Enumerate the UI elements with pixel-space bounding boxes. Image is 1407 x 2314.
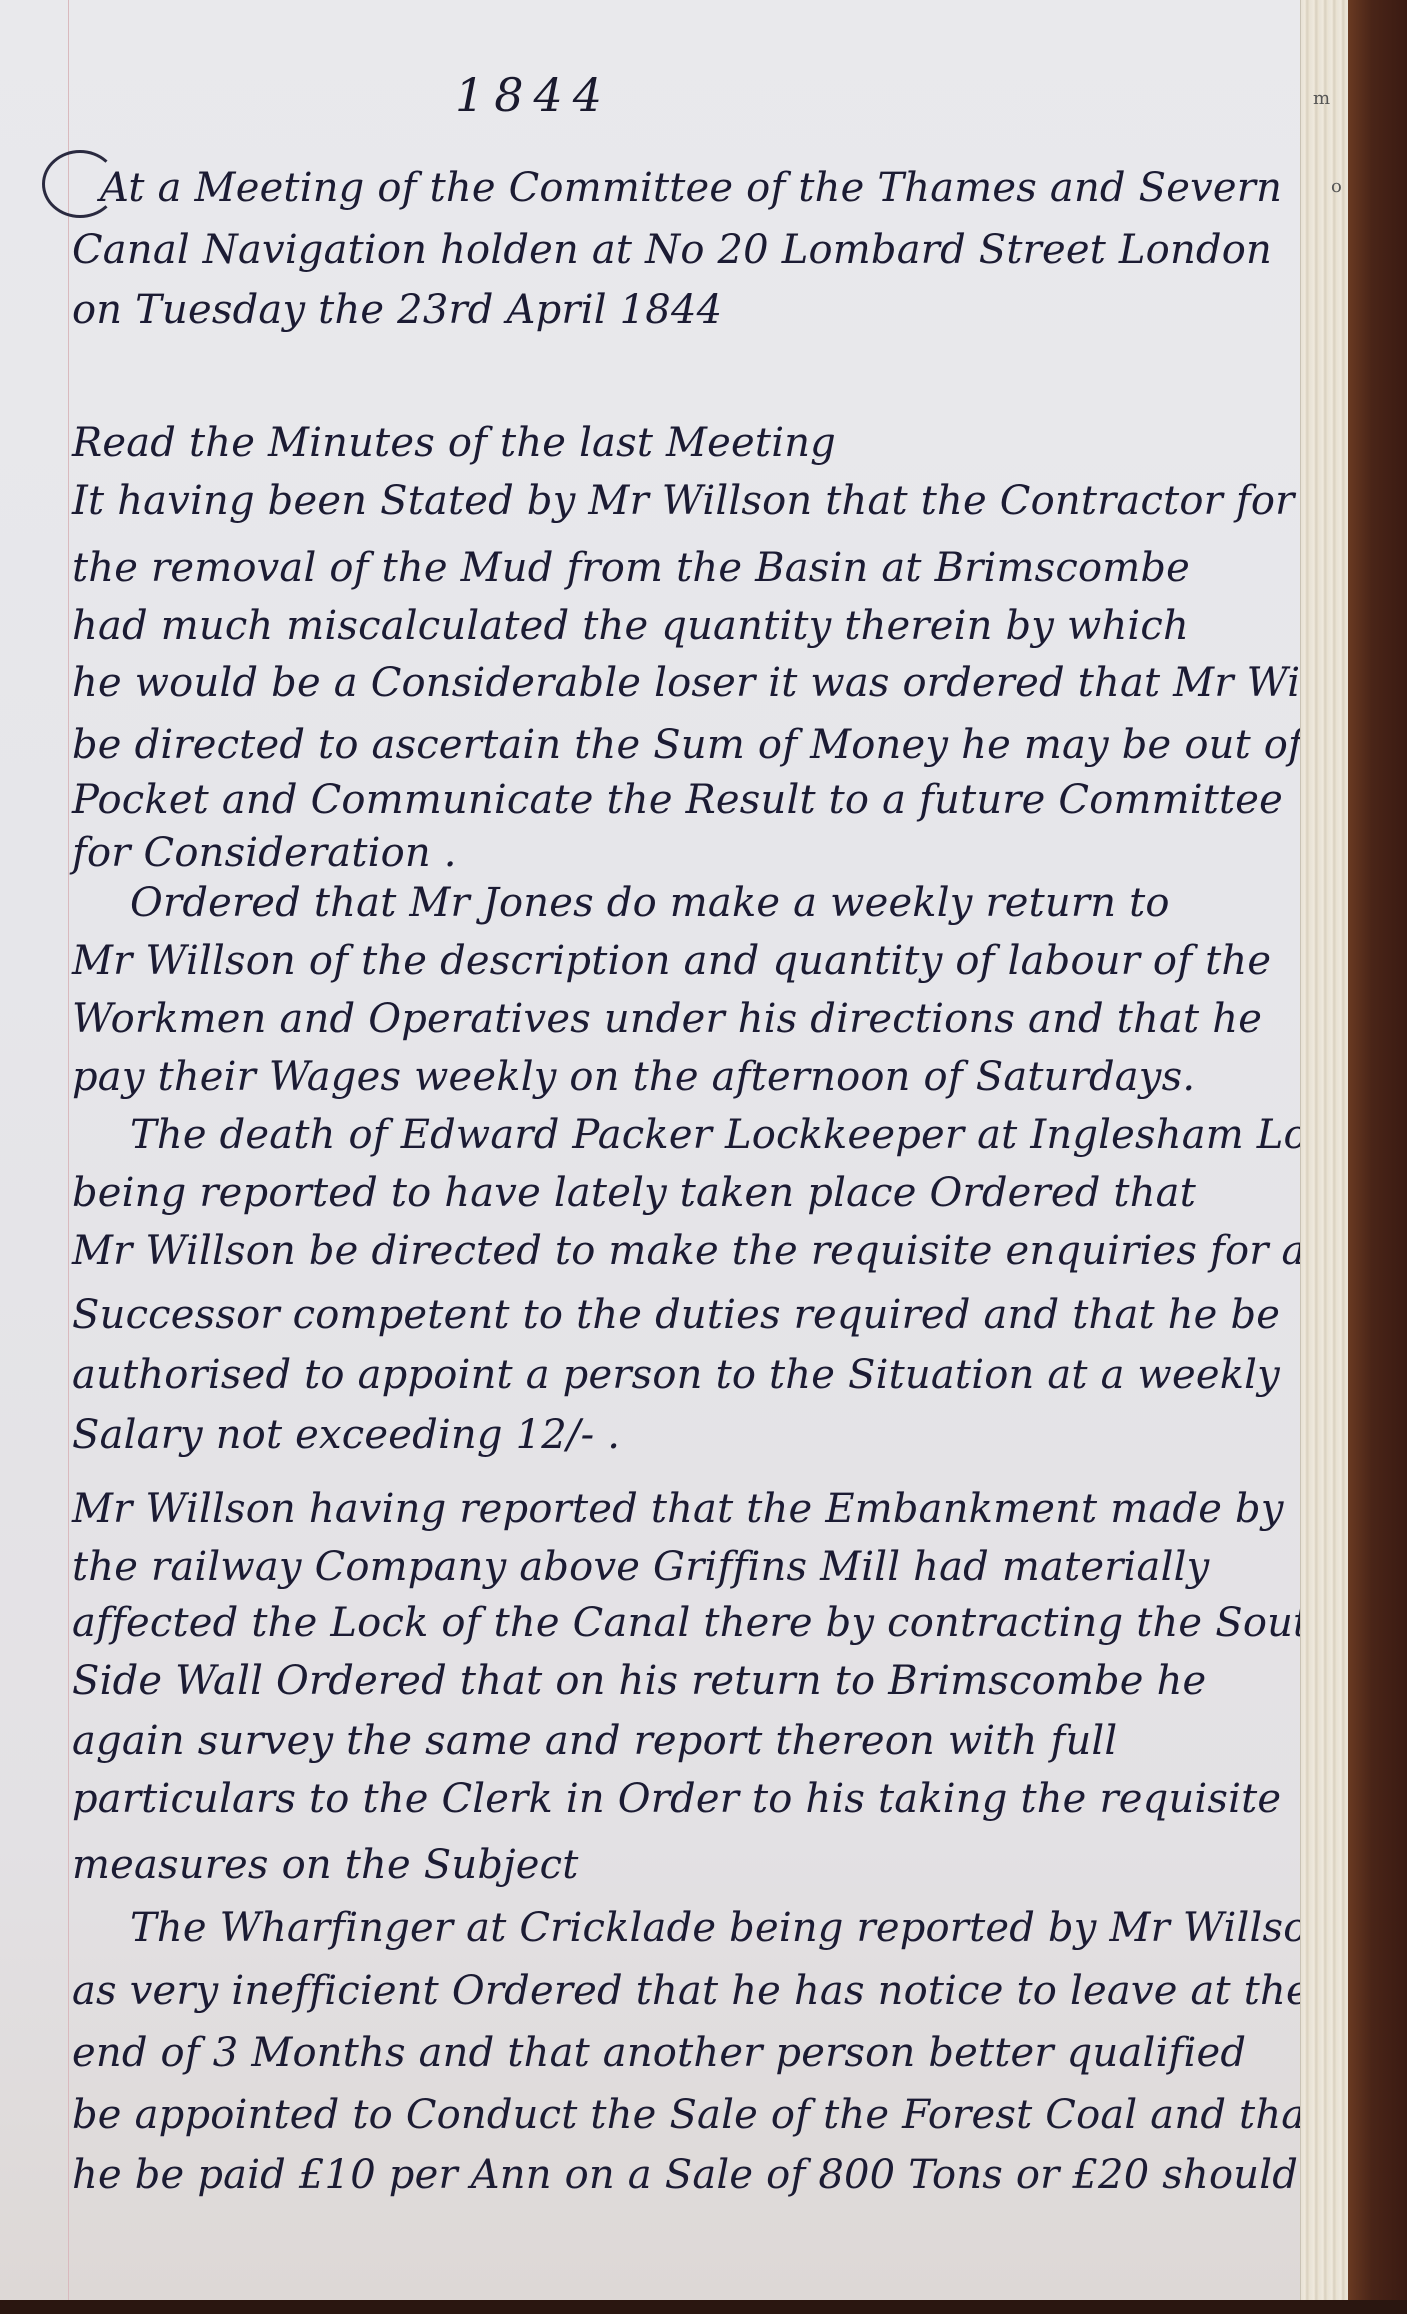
bottom-shadow (0, 2300, 1407, 2314)
body-line: again survey the same and report thereon… (72, 1718, 1117, 1764)
body-line: be appointed to Conduct the Sale of the … (72, 2092, 1322, 2138)
body-line: It having been Stated by Mr Willson that… (72, 478, 1294, 524)
body-line: be directed to ascertain the Sum of Mone… (72, 722, 1303, 768)
body-line: the removal of the Mud from the Basin at… (72, 545, 1190, 591)
body-line: being reported to have lately taken plac… (72, 1170, 1196, 1216)
body-line: measures on the Subject (72, 1842, 578, 1888)
body-line: for Consideration . (72, 830, 457, 876)
edge-mark: o (1331, 176, 1342, 197)
year-heading: 1844 (455, 68, 612, 122)
heading-line-1: At a Meeting of the Committee of the Tha… (100, 165, 1282, 211)
body-line: Mr Willson be directed to make the requi… (72, 1228, 1306, 1274)
body-line: pay their Wages weekly on the afternoon … (72, 1054, 1195, 1100)
body-line: Mr Willson of the description and quanti… (72, 938, 1271, 984)
heading-line-2: Canal Navigation holden at No 20 Lombard… (72, 227, 1272, 273)
body-line: The Wharfinger at Cricklade being report… (130, 1905, 1333, 1951)
body-line: Pocket and Communicate the Result to a f… (72, 777, 1283, 823)
edge-mark: m (1313, 88, 1330, 109)
body-line: Successor competent to the duties requir… (72, 1292, 1280, 1338)
body-line: The death of Edward Packer Lockkeeper at… (130, 1112, 1355, 1158)
body-line: the railway Company above Griffins Mill … (72, 1544, 1209, 1590)
body-line: end of 3 Months and that another person … (72, 2030, 1246, 2076)
body-line: had much miscalculated the quantity ther… (72, 603, 1189, 649)
body-line: Read the Minutes of the last Meeting (72, 420, 836, 466)
body-line: Workmen and Operatives under his directi… (72, 996, 1262, 1042)
body-line: Mr Willson having reported that the Emba… (72, 1486, 1284, 1532)
body-line: particulars to the Clerk in Order to his… (72, 1776, 1281, 1822)
body-line: affected the Lock of the Canal there by … (72, 1600, 1335, 1646)
margin-rule (68, 0, 69, 2300)
body-line: Salary not exceeding 12/- . (72, 1412, 620, 1458)
body-line: authorised to appoint a person to the Si… (72, 1352, 1280, 1398)
body-line: Side Wall Ordered that on his return to … (72, 1658, 1206, 1704)
heading-line-3: on Tuesday the 23rd April 1844 (72, 287, 722, 333)
book-binding (1348, 0, 1407, 2314)
body-line: as very inefficient Ordered that he has … (72, 1968, 1310, 2014)
body-line: Ordered that Mr Jones do make a weekly r… (130, 880, 1170, 926)
body-line: he be paid £10 per Ann on a Sale of 800 … (72, 2152, 1298, 2198)
body-line: he would be a Considerable loser it was … (72, 660, 1397, 706)
page-edges: m o (1300, 0, 1349, 2300)
ledger-page: 1844 At a Meeting of the Committee of th… (0, 0, 1335, 2300)
